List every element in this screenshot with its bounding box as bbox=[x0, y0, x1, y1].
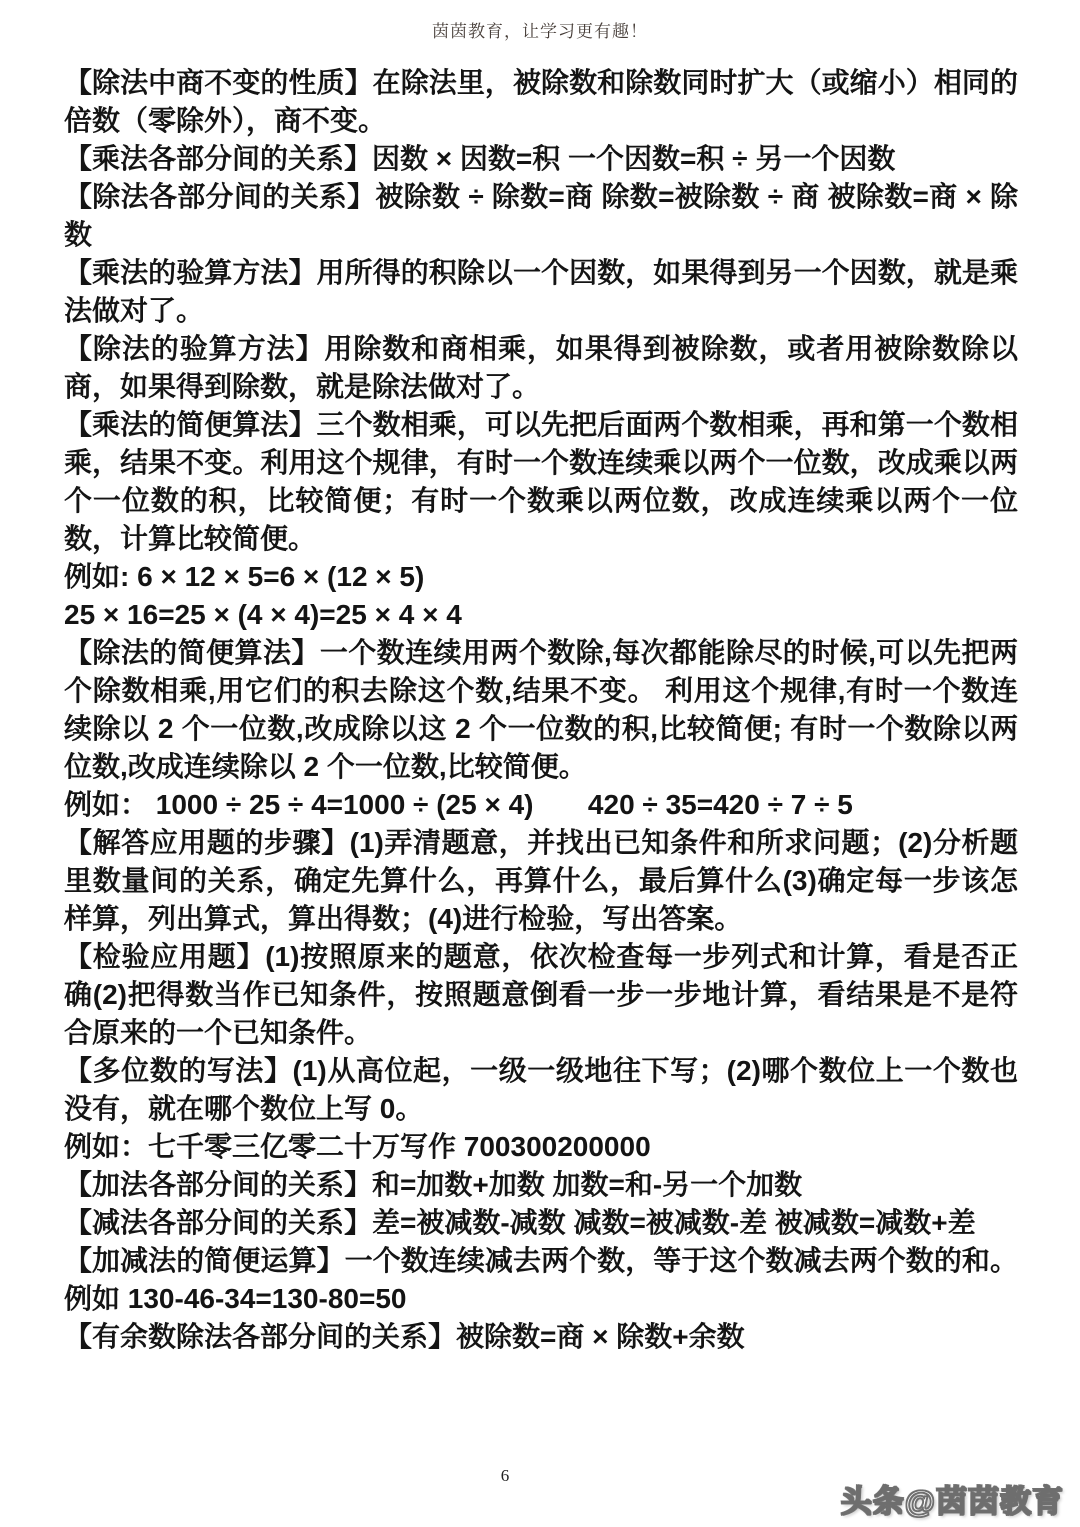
paragraph: 【减法各部分间的关系】差=被减数-减数 减数=被减数-差 被减数=减数+差 bbox=[64, 1204, 1018, 1242]
paragraph: 【解答应用题的步骤】(1)弄清题意，并找出已知条件和所求问题；(2)分析题里数量… bbox=[64, 824, 1018, 938]
paragraph: 【有余数除法各部分间的关系】被除数=商 × 除数+余数 bbox=[64, 1318, 1018, 1356]
watermark-text: 头条@茵茵教育 bbox=[841, 1484, 1064, 1519]
paragraph: 【乘法的验算方法】用所得的积除以一个因数，如果得到另一个因数，就是乘法做对了。 bbox=[64, 254, 1018, 330]
paragraph: 【加减法的简便运算】一个数连续减去两个数，等于这个数减去两个数的和。例如 130… bbox=[64, 1242, 1018, 1318]
paragraph: 例如： 1000 ÷ 25 ÷ 4=1000 ÷ (25 × 4) 420 ÷ … bbox=[64, 786, 1018, 824]
header-title: 茵茵教育，让学习更有趣！ bbox=[432, 22, 648, 41]
paragraph: 【检验应用题】(1)按照原来的题意，依次检查每一步列式和计算，看是否正确(2)把… bbox=[64, 938, 1018, 1052]
paragraph: 【乘法各部分间的关系】因数 × 因数=积 一个因数=积 ÷ 另一个因数 bbox=[64, 140, 1018, 178]
paragraph: 25 × 16=25 × (4 × 4)=25 × 4 × 4 bbox=[64, 596, 1018, 634]
paragraph: 例如: 6 × 12 × 5=6 × (12 × 5) bbox=[64, 558, 1018, 596]
page-number: 6 bbox=[501, 1466, 510, 1485]
watermark: 头条@茵茵教育 bbox=[841, 1476, 1064, 1521]
paragraph: 【加法各部分间的关系】和=加数+加数 加数=和-另一个加数 bbox=[64, 1166, 1018, 1204]
document-body: 【除法中商不变的性质】在除法里，被除数和除数同时扩大（或缩小）相同的倍数（零除外… bbox=[64, 64, 1018, 1356]
paragraph: 例如：七千零三亿零二十万写作 700300200000 bbox=[64, 1128, 1018, 1166]
paragraph: 【除法中商不变的性质】在除法里，被除数和除数同时扩大（或缩小）相同的倍数（零除外… bbox=[64, 64, 1018, 140]
paragraph: 【除法的简便算法】一个数连续用两个数除,每次都能除尽的时候,可以先把两个除数相乘… bbox=[64, 634, 1018, 786]
paragraph: 【除法各部分间的关系】被除数 ÷ 除数=商 除数=被除数 ÷ 商 被除数=商 ×… bbox=[64, 178, 1018, 254]
paragraph: 【除法的验算方法】用除数和商相乘，如果得到被除数，或者用被除数除以商，如果得到除… bbox=[64, 330, 1018, 406]
paragraph: 【乘法的简便算法】三个数相乘，可以先把后面两个数相乘，再和第一个数相乘，结果不变… bbox=[64, 406, 1018, 558]
paragraph: 【多位数的写法】(1)从高位起，一级一级地往下写；(2)哪个数位上一个数也没有，… bbox=[64, 1052, 1018, 1128]
document-page: 茵茵教育，让学习更有趣！ 【除法中商不变的性质】在除法里，被除数和除数同时扩大（… bbox=[0, 0, 1080, 1527]
page-header: 茵茵教育，让学习更有趣！ bbox=[0, 17, 1080, 42]
